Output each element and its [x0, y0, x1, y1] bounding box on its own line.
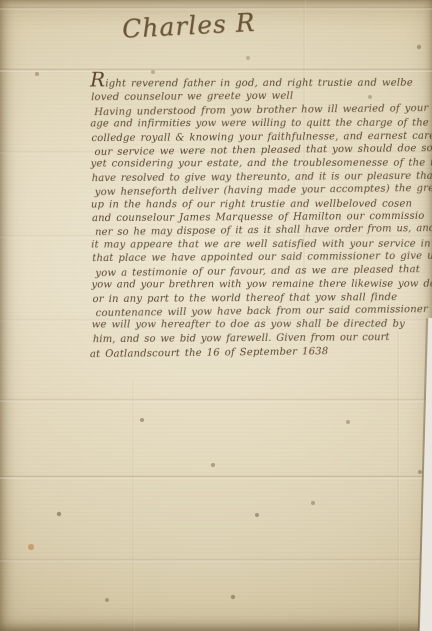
manuscript-line: up in the hands of our right trustie and…: [91, 197, 425, 211]
manuscript-line: yow and your brethren with yow remaine t…: [91, 278, 425, 292]
manuscript-line: we will yow hereafter to doe as yow shal…: [92, 318, 426, 332]
fold-crease: [0, 558, 432, 562]
fold-crease: [0, 475, 432, 479]
manuscript-photo: Charles R Right reverend father in god, …: [0, 0, 432, 631]
letter-body: Right reverend father in god, and right …: [91, 72, 427, 361]
manuscript-line: age and infirmities yow were willing to …: [90, 117, 424, 131]
paper-stains: [0, 0, 2, 2]
manuscript-line: yet considering your estate, and the tro…: [91, 157, 425, 171]
manuscript-line: it may appeare that we are well satisfie…: [91, 237, 425, 251]
fold-crease: [397, 330, 400, 631]
manuscript-line: Right reverend father in god, and right …: [90, 73, 424, 91]
fold-crease: [132, 380, 135, 631]
fold-crease: [0, 398, 432, 402]
